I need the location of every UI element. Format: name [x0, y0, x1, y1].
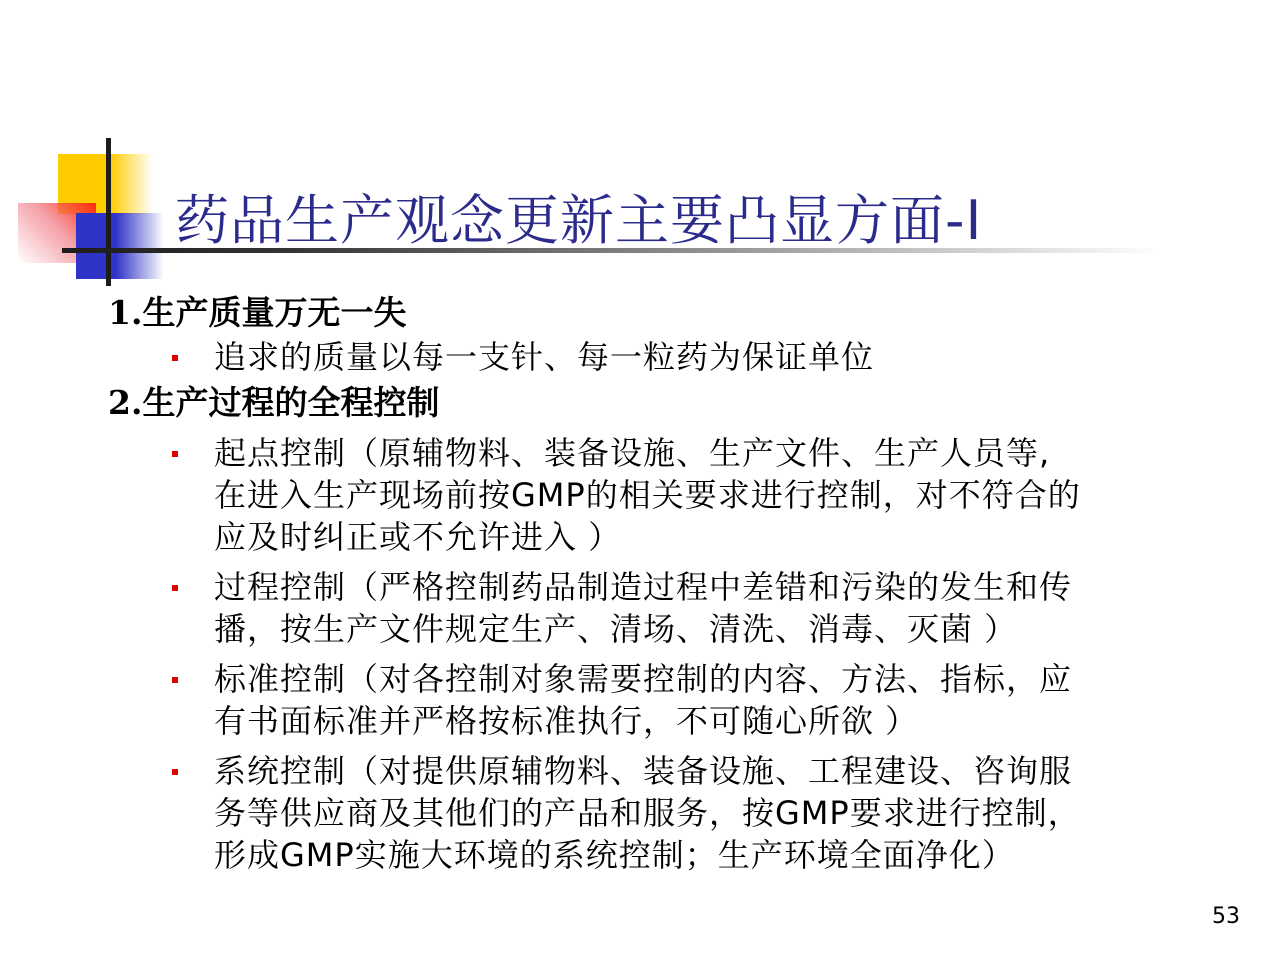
bullet-square-icon	[172, 355, 178, 361]
bullet-item: 过程控制（严格控制药品制造过程中差错和污染的发生和传 播，按生产文件规定生产、清…	[172, 566, 1248, 650]
decor-vertical-line	[106, 138, 111, 286]
bullet-text-line: 形成GMP实施大环境的系统控制；生产环境全面净化）	[214, 834, 1234, 876]
bullet-text-line: 务等供应商及其他们的产品和服务，按GMP要求进行控制，	[214, 792, 1234, 834]
bullet-text-line: 有书面标准并严格按标准执行，不可随心所欲 ）	[214, 700, 1234, 742]
slide-title: 药品生产观念更新主要凸显方面-Ⅰ	[175, 178, 982, 255]
bullet-text-line: 过程控制（严格控制药品制造过程中差错和污染的发生和传	[214, 566, 1234, 608]
slide-body: 1.生产质量万无一失 追求的质量以每一支针、每一粒药为保证单位 2.生产过程的全…	[108, 290, 1248, 876]
section-heading-2: 2.生产过程的全程控制	[108, 380, 1248, 426]
bullet-text-line: 标准控制（对各控制对象需要控制的内容、方法、指标，应	[214, 658, 1234, 700]
bullet-text-line: 应及时纠正或不允许进入 ）	[214, 516, 1234, 558]
bullet-item: 起点控制（原辅物料、装备设施、生产文件、生产人员等, 在进入生产现场前按GMP的…	[172, 432, 1248, 558]
decor-blue-square	[76, 213, 164, 279]
page-number: 53	[1212, 904, 1240, 929]
bullet-text-line: 起点控制（原辅物料、装备设施、生产文件、生产人员等,	[214, 432, 1234, 474]
bullet-square-icon	[172, 585, 178, 591]
bullet-item: 系统控制（对提供原辅物料、装备设施、工程建设、咨询服 务等供应商及其他们的产品和…	[172, 750, 1248, 876]
bullet-text-line: 在进入生产现场前按GMP的相关要求进行控制，对不符合的	[214, 474, 1234, 516]
bullet-square-icon	[172, 769, 178, 775]
bullet-square-icon	[172, 451, 178, 457]
section-heading-1: 1.生产质量万无一失	[108, 290, 1248, 336]
bullet-text-line: 追求的质量以每一支针、每一粒药为保证单位	[214, 336, 1234, 378]
bullet-text-line: 系统控制（对提供原辅物料、装备设施、工程建设、咨询服	[214, 750, 1234, 792]
bullet-square-icon	[172, 677, 178, 683]
bullet-item: 标准控制（对各控制对象需要控制的内容、方法、指标，应 有书面标准并严格按标准执行…	[172, 658, 1248, 742]
bullet-text-line: 播，按生产文件规定生产、清场、清洗、消毒、灭菌 ）	[214, 608, 1234, 650]
bullet-item: 追求的质量以每一支针、每一粒药为保证单位	[172, 336, 1248, 378]
